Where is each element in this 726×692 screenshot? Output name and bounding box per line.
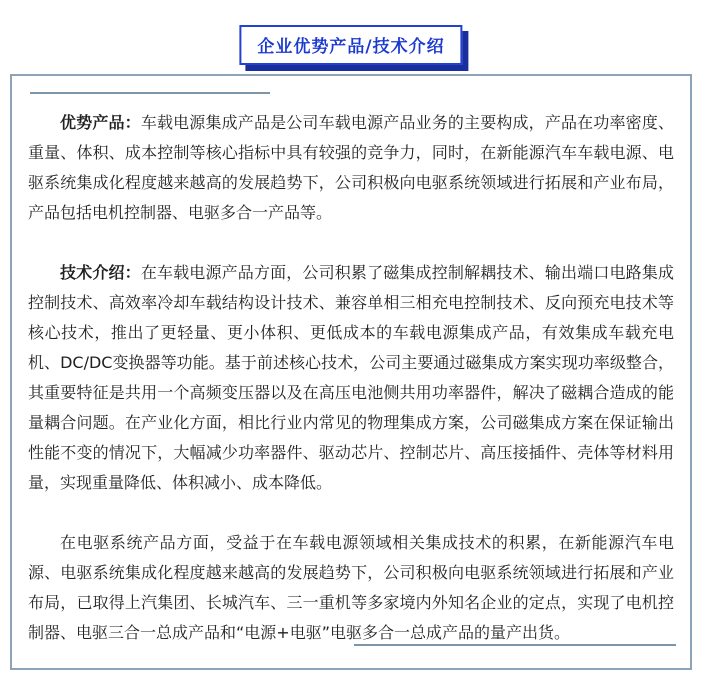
- content-frame: 优势产品：车载电源集成产品是公司车载电源产品业务的主要构成，产品在功率密度、重量…: [10, 74, 692, 670]
- document-page: 企业优势产品/技术介绍 优势产品：车载电源集成产品是公司车载电源产品业务的主要构…: [0, 0, 726, 692]
- paragraph-text: 在车载电源产品方面，公司积累了磁集成控制解耦技术、输出端口电路集成控制技术、高效…: [28, 263, 674, 492]
- paragraph-label: 技术介绍：: [60, 263, 141, 282]
- paragraph-advantage-products: 优势产品：车载电源集成产品是公司车载电源产品业务的主要构成，产品在功率密度、重量…: [28, 108, 674, 228]
- top-left-divider-line: [30, 92, 270, 94]
- paragraph-technology-intro: 技术介绍：在车载电源产品方面，公司积累了磁集成控制解耦技术、输出端口电路集成控制…: [28, 258, 674, 498]
- paragraph-label: 优势产品：: [60, 113, 141, 132]
- paragraph-edrive-products: 在电驱系统产品方面，受益于在车载电源领域相关集成技术的积累，在新能源汽车电源、电…: [28, 528, 674, 648]
- page-title: 企业优势产品/技术介绍: [239, 25, 462, 65]
- body-text-area: 优势产品：车载电源集成产品是公司车载电源产品业务的主要构成，产品在功率密度、重量…: [28, 108, 674, 678]
- paragraph-text: 在电驱系统产品方面，受益于在车载电源领域相关集成技术的积累，在新能源汽车电源、电…: [28, 533, 674, 642]
